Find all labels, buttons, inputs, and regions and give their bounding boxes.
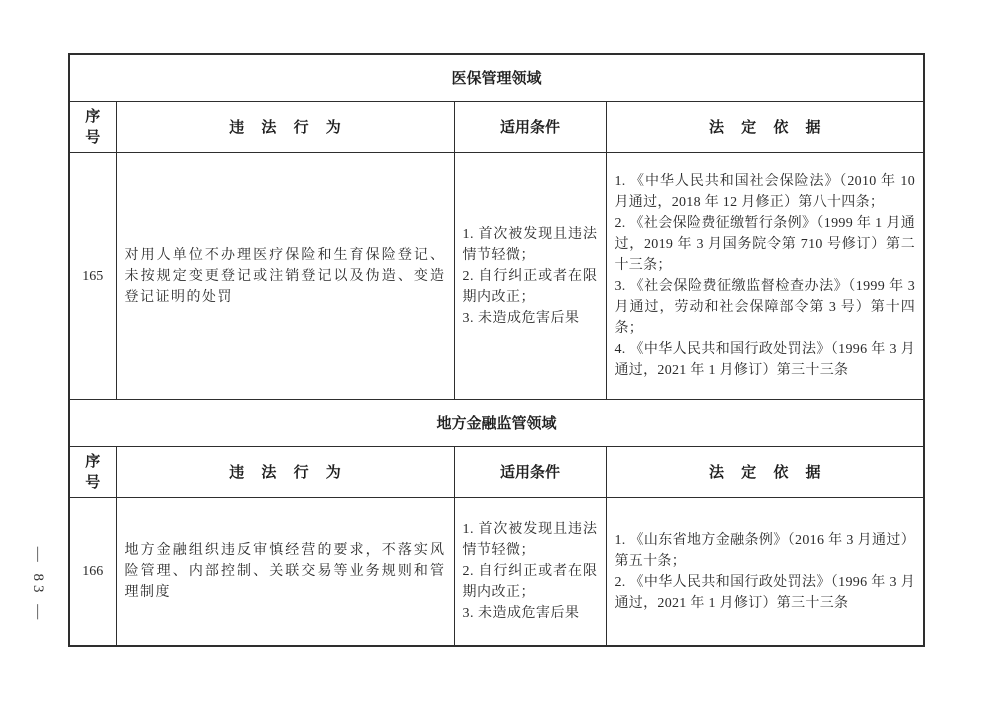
col-header-violation-1: 违 法 行 为: [116, 102, 454, 153]
row-165-conditions: 1. 首次被发现且违法情节轻微； 2. 自行纠正或者在限期内改正； 3. 未造成…: [454, 153, 606, 400]
col-header-conditions-2: 适用条件: [454, 447, 606, 498]
col-header-no-1: 序号: [69, 102, 116, 153]
row-166-violation: 地方金融组织违反审慎经营的要求，不落实风险管理、内部控制、关联交易等业务规则和管…: [116, 498, 454, 647]
regulation-table: 医保管理领域 序号 违 法 行 为 适用条件 法 定 依 据 165 对用人单位…: [68, 53, 925, 647]
section-row-medical-insurance: 医保管理领域: [69, 54, 924, 102]
page-number: — 83 —: [26, 535, 46, 635]
column-header-row-1: 序号 违 法 行 为 适用条件 法 定 依 据: [69, 102, 924, 153]
column-header-row-2: 序号 违 法 行 为 适用条件 法 定 依 据: [69, 447, 924, 498]
row-166-number: 166: [69, 498, 116, 647]
row-166-conditions: 1. 首次被发现且违法情节轻微； 2. 自行纠正或者在限期内改正； 3. 未造成…: [454, 498, 606, 647]
col-header-conditions-1: 适用条件: [454, 102, 606, 153]
section-title-local-finance: 地方金融监管领域: [69, 400, 924, 447]
col-header-legal-basis-1: 法 定 依 据: [606, 102, 924, 153]
col-header-legal-basis-2: 法 定 依 据: [606, 447, 924, 498]
table-row-166: 166 地方金融组织违反审慎经营的要求，不落实风险管理、内部控制、关联交易等业务…: [69, 498, 924, 647]
col-header-violation-2: 违 法 行 为: [116, 447, 454, 498]
row-166-legal-basis: 1. 《山东省地方金融条例》（2016 年 3 月通过）第五十条； 2. 《中华…: [606, 498, 924, 647]
row-165-legal-basis: 1. 《中华人民共和国社会保险法》（2010 年 10 月通过，2018 年 1…: [606, 153, 924, 400]
table-row-165: 165 对用人单位不办理医疗保险和生育保险登记、未按规定变更登记或注销登记以及伪…: [69, 153, 924, 400]
document-page: — 83 — 医保管理领域 序号 违 法 行 为 适用条件 法 定 依 据 16…: [0, 0, 1004, 704]
section-title-medical-insurance: 医保管理领域: [69, 54, 924, 102]
row-165-violation: 对用人单位不办理医疗保险和生育保险登记、未按规定变更登记或注销登记以及伪造、变造…: [116, 153, 454, 400]
row-165-number: 165: [69, 153, 116, 400]
col-header-no-2: 序号: [69, 447, 116, 498]
section-row-local-finance: 地方金融监管领域: [69, 400, 924, 447]
